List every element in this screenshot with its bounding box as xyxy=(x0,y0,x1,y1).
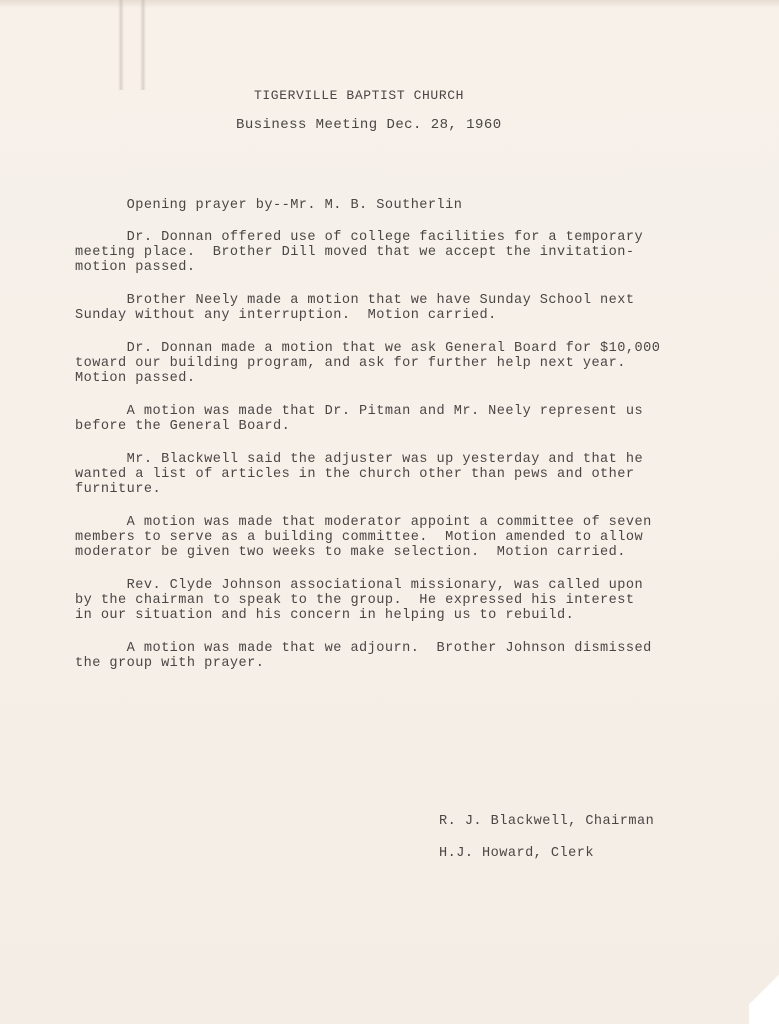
paragraph-line: Sunday without any interruption. Motion … xyxy=(75,308,497,324)
paragraph-line: meeting place. Brother Dill moved that w… xyxy=(75,245,635,261)
paragraph-line: Brother Neely made a motion that we have… xyxy=(75,293,635,309)
paper-crease xyxy=(140,0,146,90)
signature-chairman: R. J. Blackwell, Chairman xyxy=(439,814,654,830)
paragraph-line: before the General Board. xyxy=(75,419,290,435)
paragraph-line: Rev. Clyde Johnson associational mission… xyxy=(75,578,643,594)
paragraph-line: Dr. Donnan made a motion that we ask Gen… xyxy=(75,341,660,357)
document-subtitle: Business Meeting Dec. 28, 1960 xyxy=(236,118,502,134)
paragraph-line: wanted a list of articles in the church … xyxy=(75,467,635,483)
paragraph-line: Opening prayer by--Mr. M. B. Southerlin xyxy=(75,198,462,214)
paragraph-line: A motion was made that we adjourn. Broth… xyxy=(75,641,652,657)
paragraph-line: members to serve as a building committee… xyxy=(75,530,643,546)
paragraph-line: A motion was made that Dr. Pitman and Mr… xyxy=(75,404,643,420)
paper-crease xyxy=(118,0,124,90)
document-title: TIGERVILLE BAPTIST CHURCH xyxy=(254,88,464,104)
paragraph-line: motion passed. xyxy=(75,260,196,276)
paragraph-line: toward our building program, and ask for… xyxy=(75,356,626,372)
paragraph-line: the group with prayer. xyxy=(75,656,264,672)
paragraph-line: A motion was made that moderator appoint… xyxy=(75,515,652,531)
paragraph-line: by the chairman to speak to the group. H… xyxy=(75,593,635,609)
paragraph-line: Motion passed. xyxy=(75,371,196,387)
paragraph-line: Mr. Blackwell said the adjuster was up y… xyxy=(75,452,643,468)
paragraph-line: furniture. xyxy=(75,482,161,498)
document-page: TIGERVILLE BAPTIST CHURCH Business Meeti… xyxy=(0,0,779,1024)
signature-clerk: H.J. Howard, Clerk xyxy=(439,846,594,862)
paragraph-line: Dr. Donnan offered use of college facili… xyxy=(75,230,643,246)
paragraph-line: moderator be given two weeks to make sel… xyxy=(75,545,626,561)
paper-corner xyxy=(749,954,779,1024)
paragraph-line: in our situation and his concern in help… xyxy=(75,608,574,624)
